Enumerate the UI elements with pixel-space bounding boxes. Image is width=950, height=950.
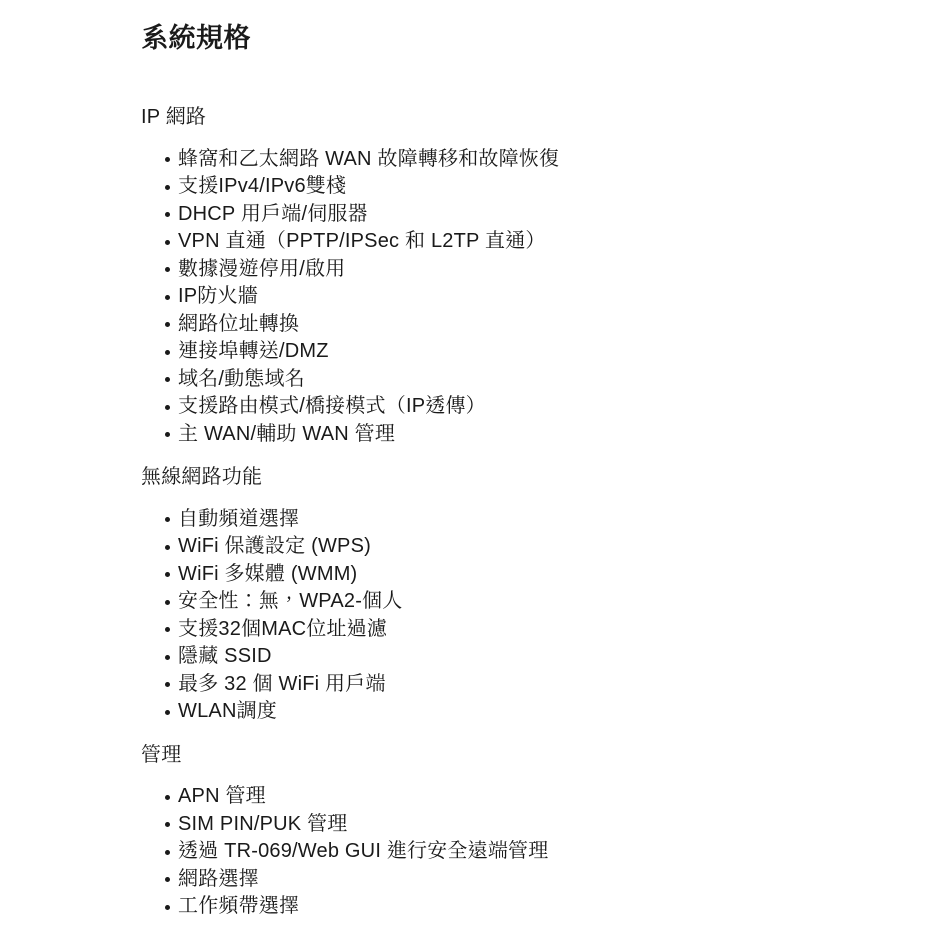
bullet-icon: [165, 295, 170, 300]
bullet-icon: [165, 822, 170, 827]
spec-list: APN 管理 SIM PIN/PUK 管理 透過 TR-069/Web GUI …: [141, 783, 910, 921]
list-item: 網路選擇: [141, 866, 910, 894]
item-text: SIM PIN/PUK 管理: [178, 813, 348, 835]
item-text: 安全性：無，WPA2-個人: [178, 590, 402, 612]
bullet-icon: [165, 545, 170, 550]
list-item: 主 WAN/輔助 WAN 管理: [141, 421, 910, 449]
bullet-icon: [165, 432, 170, 437]
bullet-icon: [165, 655, 170, 660]
list-item: VPN 直通（PPTP/IPSec 和 L2TP 直通）: [141, 228, 910, 256]
item-text: 主 WAN/輔助 WAN 管理: [178, 423, 395, 445]
bullet-icon: [165, 350, 170, 355]
item-text: 網路選擇: [178, 868, 259, 890]
item-text: 透過 TR-069/Web GUI 進行安全遠端管理: [178, 840, 548, 862]
list-item: 安全性：無，WPA2-個人: [141, 588, 910, 616]
item-text: 支援路由模式/橋接模式（IP透傳）: [178, 395, 486, 417]
item-text: VPN 直通（PPTP/IPSec 和 L2TP 直通）: [178, 230, 546, 252]
section-wireless-features: 無線網路功能 自動頻道選擇 WiFi 保護設定 (WPS) WiFi 多媒體 (…: [141, 464, 910, 726]
bullet-icon: [165, 905, 170, 910]
spec-list: 蜂窩和乙太網路 WAN 故障轉移和故障恢復 支援IPv4/IPv6雙棧 DHCP…: [141, 146, 910, 449]
item-text: WiFi 多媒體 (WMM): [178, 563, 357, 585]
item-text: WiFi 保護設定 (WPS): [178, 535, 371, 557]
list-item: IP防火牆: [141, 283, 910, 311]
list-item: APN 管理: [141, 783, 910, 811]
list-item: 支援路由模式/橋接模式（IP透傳）: [141, 393, 910, 421]
item-text: 連接埠轉送/DMZ: [178, 340, 329, 362]
list-item: 最多 32 個 WiFi 用戶端: [141, 671, 910, 699]
list-item: 透過 TR-069/Web GUI 進行安全遠端管理: [141, 838, 910, 866]
bullet-icon: [165, 850, 170, 855]
bullet-icon: [165, 322, 170, 327]
bullet-icon: [165, 682, 170, 687]
list-item: SIM PIN/PUK 管理: [141, 811, 910, 839]
section-management: 管理 APN 管理 SIM PIN/PUK 管理 透過 TR-069/Web G…: [141, 742, 910, 921]
item-text: 支援IPv4/IPv6雙棧: [178, 175, 346, 197]
item-text: 最多 32 個 WiFi 用戶端: [178, 673, 386, 695]
item-text: 工作頻帶選擇: [178, 895, 299, 917]
page-title: 系統規格: [141, 22, 910, 54]
section-heading: 無線網路功能: [141, 464, 910, 492]
bullet-icon: [165, 517, 170, 522]
bullet-icon: [165, 267, 170, 272]
item-text: APN 管理: [178, 785, 266, 807]
item-text: WLAN調度: [178, 700, 277, 722]
spec-list: 自動頻道選擇 WiFi 保護設定 (WPS) WiFi 多媒體 (WMM) 安全…: [141, 506, 910, 726]
list-item: 蜂窩和乙太網路 WAN 故障轉移和故障恢復: [141, 146, 910, 174]
list-item: 支援IPv4/IPv6雙棧: [141, 173, 910, 201]
list-item: 數據漫遊停用/啟用: [141, 256, 910, 284]
bullet-icon: [165, 877, 170, 882]
section-heading: IP 網路: [141, 104, 910, 132]
item-text: 隱藏 SSID: [178, 645, 272, 667]
list-item: 域名/動態域名: [141, 366, 910, 394]
bullet-icon: [165, 157, 170, 162]
list-item: WiFi 保護設定 (WPS): [141, 533, 910, 561]
item-text: 蜂窩和乙太網路 WAN 故障轉移和故障恢復: [178, 148, 559, 170]
list-item: 隱藏 SSID: [141, 643, 910, 671]
list-item: 工作頻帶選擇: [141, 893, 910, 921]
item-text: DHCP 用戶端/伺服器: [178, 203, 368, 225]
item-text: 網路位址轉換: [178, 313, 299, 335]
item-text: IP防火牆: [178, 285, 258, 307]
bullet-icon: [165, 377, 170, 382]
item-text: 數據漫遊停用/啟用: [178, 258, 345, 280]
bullet-icon: [165, 405, 170, 410]
bullet-icon: [165, 710, 170, 715]
bullet-icon: [165, 212, 170, 217]
list-item: DHCP 用戶端/伺服器: [141, 201, 910, 229]
bullet-icon: [165, 185, 170, 190]
bullet-icon: [165, 240, 170, 245]
bullet-icon: [165, 795, 170, 800]
list-item: 網路位址轉換: [141, 311, 910, 339]
item-text: 自動頻道選擇: [178, 508, 299, 530]
list-item: WiFi 多媒體 (WMM): [141, 561, 910, 589]
list-item: 支援32個MAC位址過濾: [141, 616, 910, 644]
section-ip-network: IP 網路 蜂窩和乙太網路 WAN 故障轉移和故障恢復 支援IPv4/IPv6雙…: [141, 104, 910, 448]
item-text: 支援32個MAC位址過濾: [178, 618, 387, 640]
bullet-icon: [165, 627, 170, 632]
item-text: 域名/動態域名: [178, 368, 305, 390]
bullet-icon: [165, 572, 170, 577]
list-item: 自動頻道選擇: [141, 506, 910, 534]
section-heading: 管理: [141, 742, 910, 770]
list-item: 連接埠轉送/DMZ: [141, 338, 910, 366]
list-item: WLAN調度: [141, 698, 910, 726]
bullet-icon: [165, 600, 170, 605]
spec-document: 系統規格 IP 網路 蜂窩和乙太網路 WAN 故障轉移和故障恢復 支援IPv4/…: [0, 0, 950, 921]
